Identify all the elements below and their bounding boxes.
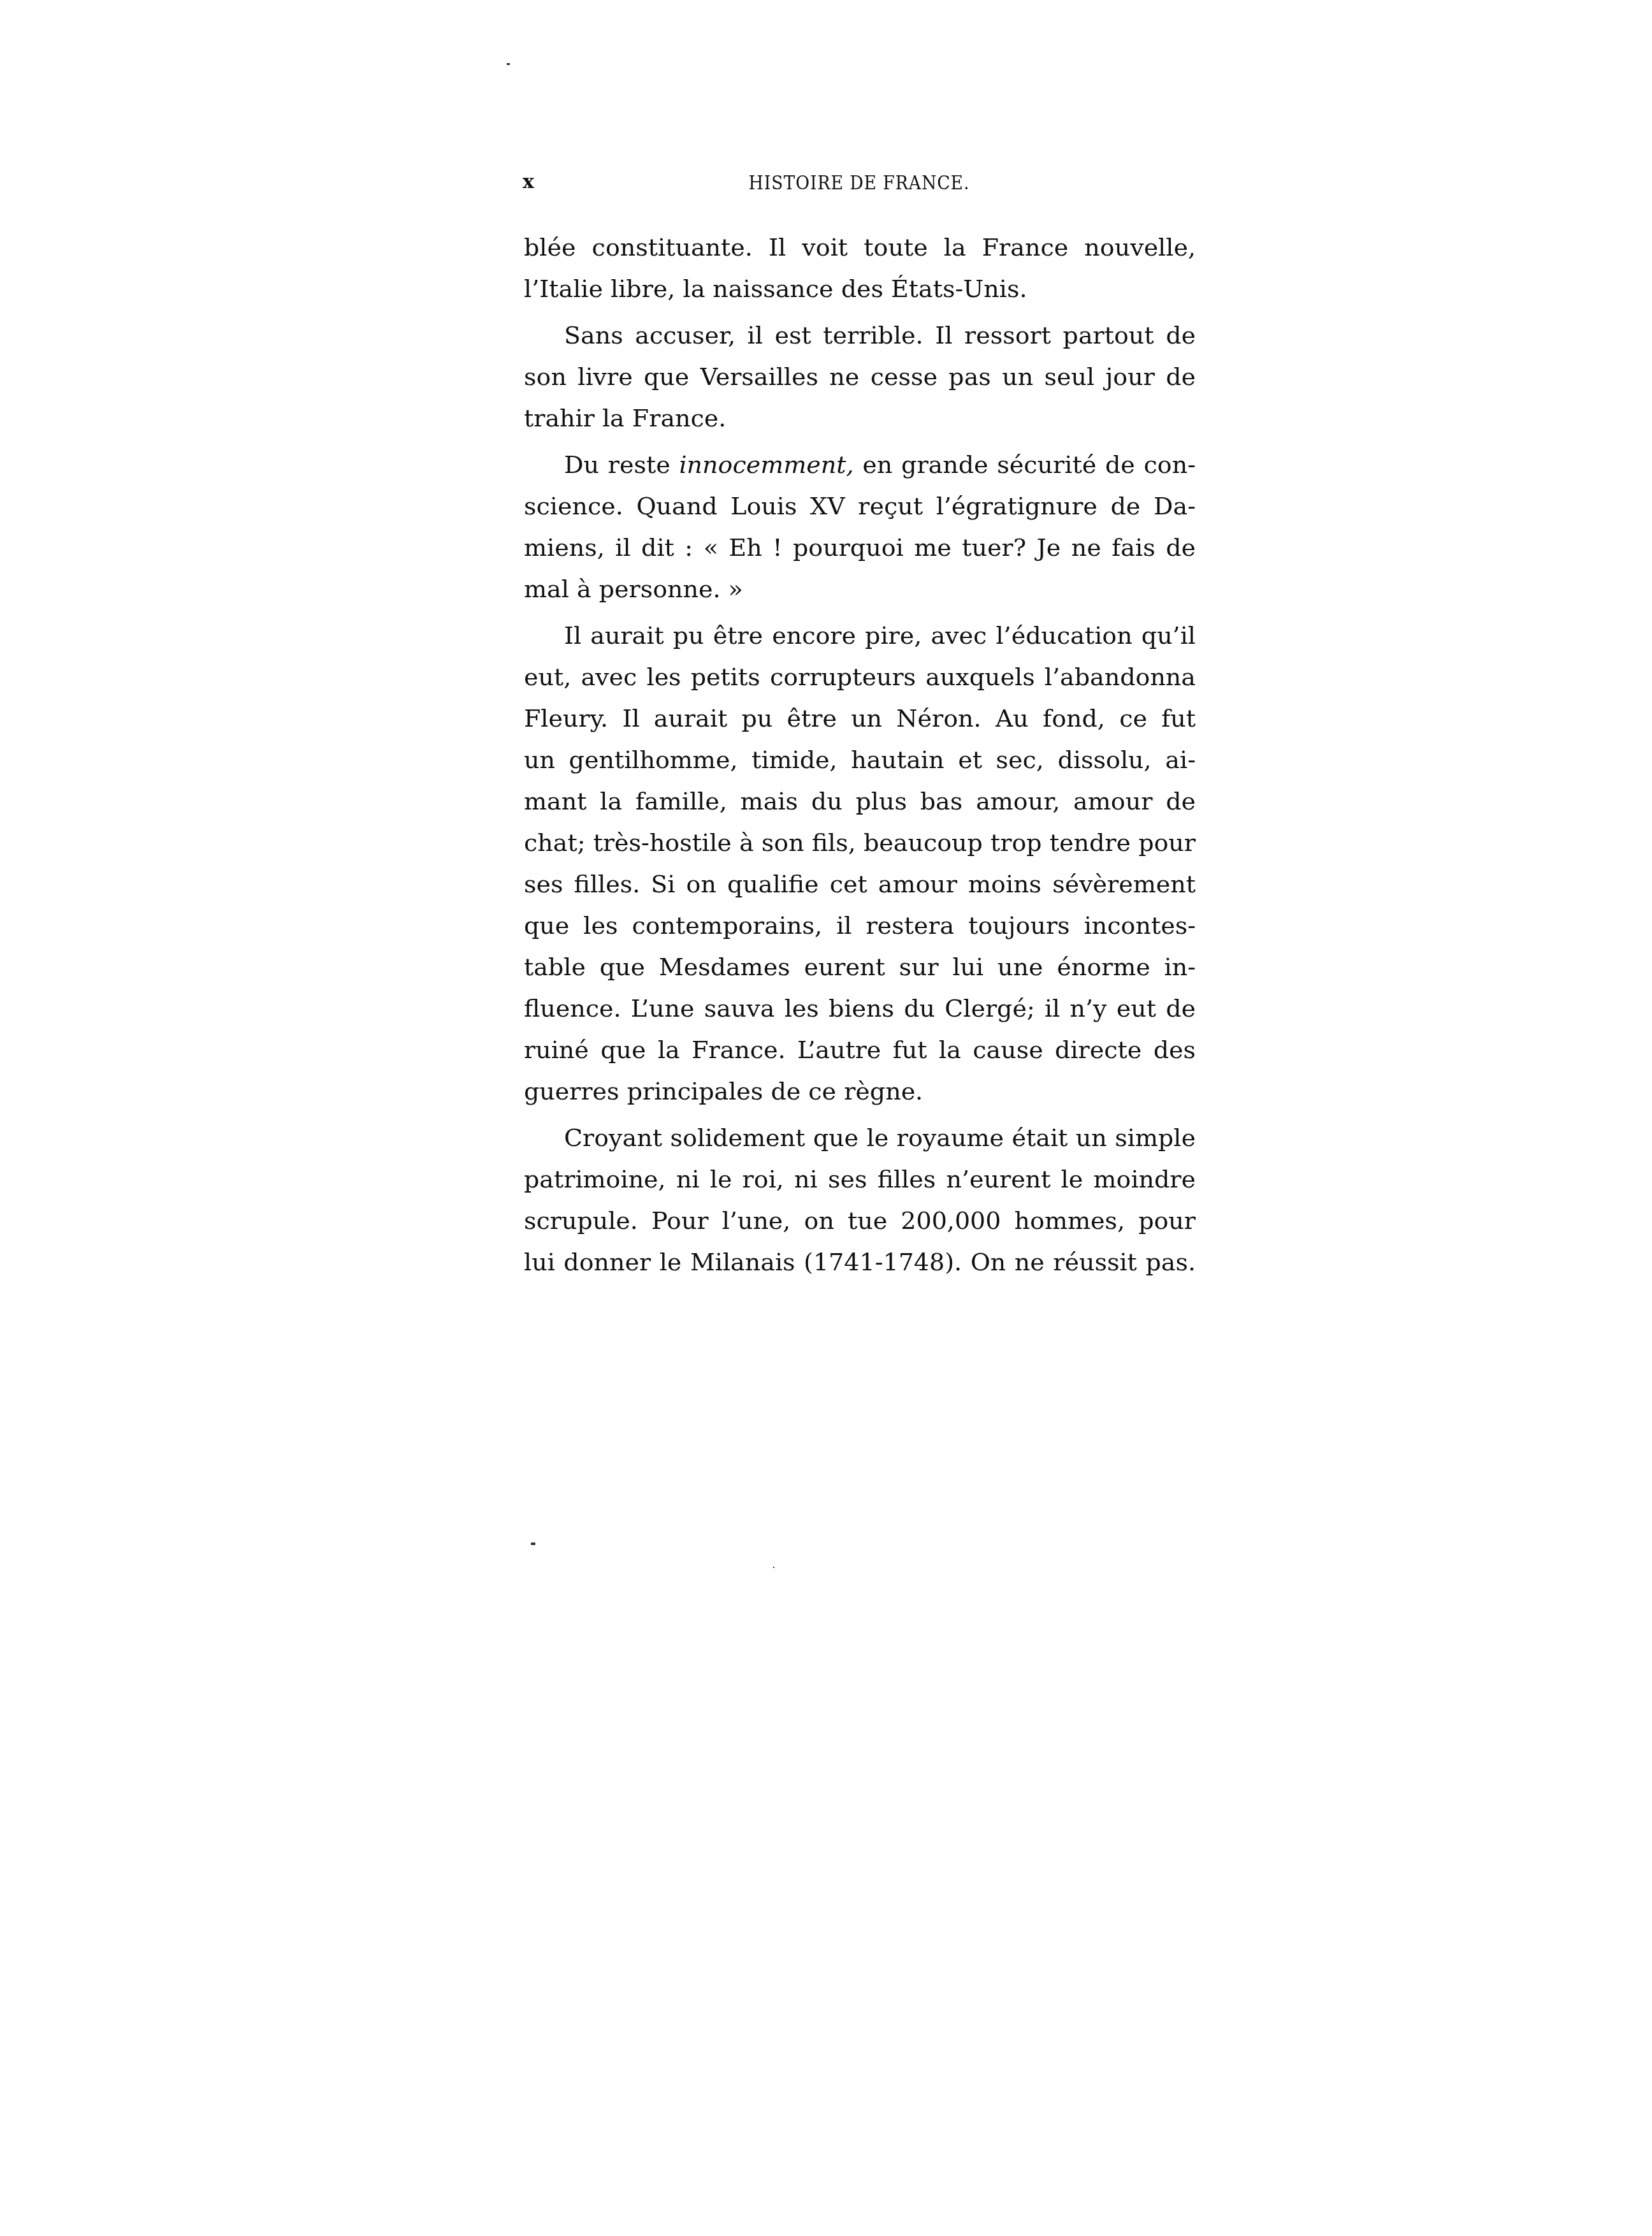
scan-speck	[507, 63, 510, 65]
text-line: guerres principales de ce règne.	[524, 1071, 1196, 1112]
text-line: science. Quand Louis XV reçut l’égratign…	[524, 486, 1196, 527]
text-line: ruiné que la France. L’autre fut la caus…	[524, 1029, 1196, 1071]
text-line: patrimoine, ni le roi, ni ses filles n’e…	[524, 1159, 1196, 1200]
page-number: x	[523, 171, 534, 193]
text-line: Sans accuser, il est terrible. Il ressor…	[524, 315, 1196, 356]
body-text: blée constituante. Il voit toute la Fran…	[524, 227, 1196, 1288]
text-line: lui donner le Milanais (1741-1748). On n…	[524, 1242, 1196, 1283]
text-line: scrupule. Pour l’une, on tue 200,000 hom…	[524, 1200, 1196, 1242]
text-run: en grande sécurité de con-	[854, 451, 1196, 479]
paragraph: Sans accuser, il est terrible. Il ressor…	[524, 315, 1196, 439]
paragraph: Croyant solidement que le royaume était …	[524, 1117, 1196, 1283]
text-line: Fleury. Il aurait pu être un Néron. Au f…	[524, 698, 1196, 739]
text-line: un gentilhomme, timide, hautain et sec, …	[524, 739, 1196, 781]
paragraph: Il aurait pu être encore pire, avec l’éd…	[524, 615, 1196, 1112]
text-line: miens, il dit : « Eh ! pourquoi me tuer?…	[524, 527, 1196, 569]
text-line: Du reste innocemment, en grande sécurité…	[524, 444, 1196, 486]
book-page: x HISTOIRE DE FRANCE. blée constituante.…	[0, 0, 1652, 2236]
scan-speck	[531, 1543, 535, 1545]
text-line: table que Mesdames eurent sur lui une én…	[524, 947, 1196, 988]
scan-speck	[773, 1567, 774, 1568]
text-line: ses filles. Si on qualifie cet amour moi…	[524, 864, 1196, 905]
text-run: Du reste	[564, 451, 679, 479]
paragraph: blée constituante. Il voit toute la Fran…	[524, 227, 1196, 310]
text-line: Il aurait pu être encore pire, avec l’éd…	[524, 615, 1196, 657]
running-head: x HISTOIRE DE FRANCE.	[523, 171, 1196, 199]
text-line: l’Italie libre, la naissance des États-U…	[524, 268, 1196, 310]
text-line: que les contemporains, il restera toujou…	[524, 905, 1196, 947]
paragraph: Du reste innocemment, en grande sécurité…	[524, 444, 1196, 610]
text-line: mal à personne. »	[524, 569, 1196, 610]
text-line: son livre que Versailles ne cesse pas un…	[524, 356, 1196, 398]
text-line: trahir la France.	[524, 398, 1196, 439]
text-line: eut, avec les petits corrupteurs auxquel…	[524, 657, 1196, 698]
text-line: Croyant solidement que le royaume était …	[524, 1117, 1196, 1159]
text-line: fluence. L’une sauva les biens du Clergé…	[524, 988, 1196, 1029]
text-line: chat; très-hostile à son fils, beaucoup …	[524, 822, 1196, 864]
text-line: mant la famille, mais du plus bas amour,…	[524, 781, 1196, 822]
running-head-title: HISTOIRE DE FRANCE.	[549, 172, 1169, 194]
text-line: blée constituante. Il voit toute la Fran…	[524, 227, 1196, 268]
italic-emphasis: innocemment,	[679, 451, 853, 479]
